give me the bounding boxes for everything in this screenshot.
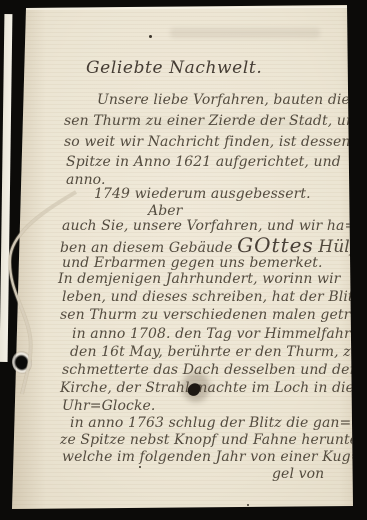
photograph-of-letter: Geliebte Nachwelt. Unsere liebe Vorfahre… xyxy=(0,0,367,520)
gottes-line-post: Hülfe xyxy=(318,237,366,257)
paper-speck xyxy=(149,35,152,38)
handwriting-line: Aber xyxy=(148,203,182,219)
handwriting-line: und Erbarmen gegen uns bemerket. xyxy=(62,255,323,271)
handwriting-line: welche im folgenden Jahr von einer Kug= xyxy=(62,449,363,465)
handwriting-line: so weit wir Nachricht finden, ist dessen xyxy=(64,134,351,150)
underlying-page-edge xyxy=(0,14,12,362)
handwriting-line: den 16t May, berührte er den Thurm, zer= xyxy=(70,344,367,360)
paper-speck xyxy=(247,504,249,506)
handwriting-line: schmetterte das Dach desselben und der xyxy=(62,362,356,378)
paper-speck xyxy=(139,466,141,468)
handwriting-line: ze Spitze nebst Knopf und Fahne herunter… xyxy=(60,432,367,448)
paper-edge-highlight xyxy=(26,6,347,10)
handwriting-line: 1749 wiederum ausgebessert. xyxy=(94,186,311,202)
handwriting-line: sen Thurm zu einer Zierde der Stadt, und xyxy=(64,113,364,129)
handwriting-line: Unsere liebe Vorfahren, bauten die= xyxy=(97,92,362,108)
salutation-line: Geliebte Nachwelt. xyxy=(86,58,262,78)
ink-bleedthrough xyxy=(170,28,320,38)
handwriting-line: sen Thurm zu verschiedenen malen getroff… xyxy=(60,307,367,323)
handwriting-line-gottes: ben an diesem Gebäude GOttes Hülfe xyxy=(60,233,366,257)
gottes-word: GOttes xyxy=(237,233,314,257)
handwriting-line: leben, und dieses schreiben, hat der Bli… xyxy=(62,289,367,305)
gottes-line-pre: ben an diesem Gebäude xyxy=(60,240,233,256)
handwriting-line: Spitze in Anno 1621 aufgerichtet, und xyxy=(66,154,341,170)
letter-page: Geliebte Nachwelt. Unsere liebe Vorfahre… xyxy=(0,0,367,520)
handwriting-line: Uhr=Glocke. xyxy=(62,398,156,414)
handwriting-line: In demjenigen Jahrhundert, worinn wir xyxy=(58,271,340,287)
handwriting-line: in anno 1763 schlug der Blitz die gan= xyxy=(70,415,351,431)
handwriting-line: auch Sie, unsere Vorfahren, und wir ha= xyxy=(62,218,356,234)
handwriting-line: in anno 1708. den Tag vor Himmelfahrt, xyxy=(72,326,361,342)
catchword: gel von xyxy=(272,466,324,482)
